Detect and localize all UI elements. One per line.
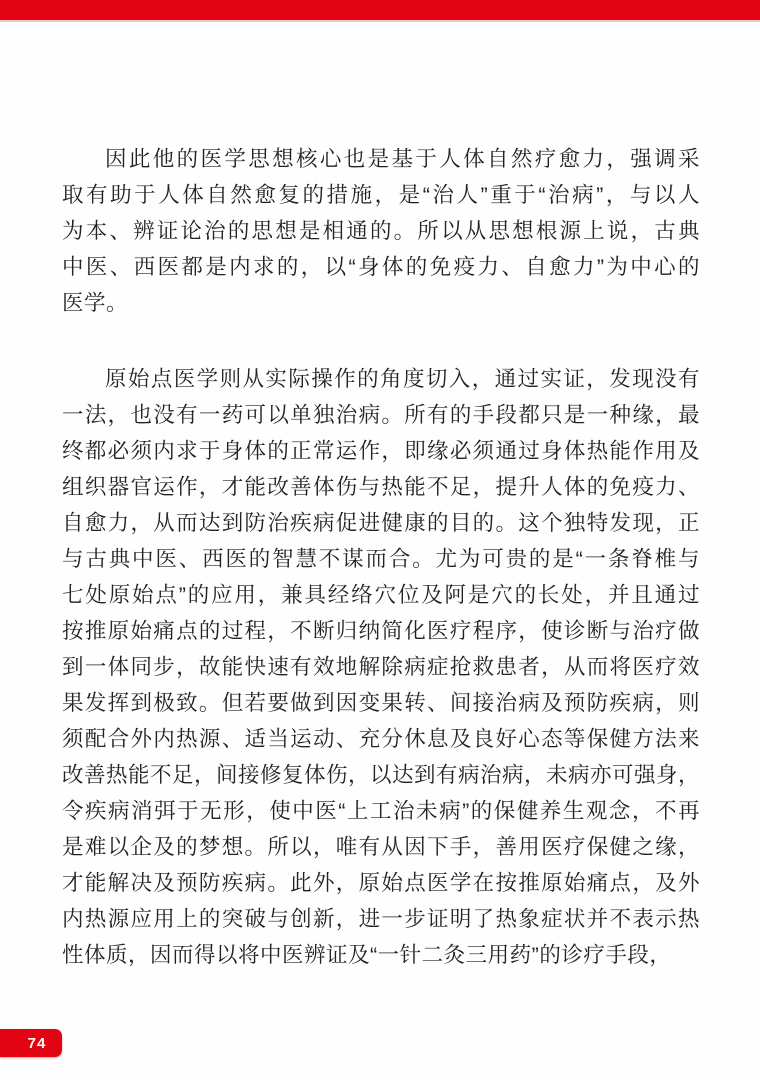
text-line: 终都必须内求于身体的正常运作，即缘必须通过身体热能作用及 [62, 433, 700, 469]
text-line: 医学。 [62, 285, 700, 321]
paragraph: 原始点医学则从实际操作的角度切入，通过实证，发现没有 一法，也没有一药可以单独治… [62, 361, 700, 973]
text-line: 中医、西医都是内求的，以“身体的免疫力、自愈力”为中心的 [62, 249, 700, 285]
page-body: 因此他的医学思想核心也是基于人体自然疗愈力，强调采 取有助于人体自然愈复的措施，… [62, 141, 700, 973]
text-line: 令疾病消弭于无形，使中医“上工治未病”的保健养生观念，不再 [62, 793, 700, 829]
text-line: 一法，也没有一药可以单独治病。所有的手段都只是一种缘，最 [62, 397, 700, 433]
text-line: 与古典中医、西医的智慧不谋而合。尤为可贵的是“一条脊椎与 [62, 541, 700, 577]
text-line: 才能解决及预防疾病。此外，原始点医学在按推原始痛点，及外 [62, 865, 700, 901]
text-line: 性体质，因而得以将中医辨证及“一针二灸三用药”的诊疗手段， [62, 937, 700, 973]
paragraph: 因此他的医学思想核心也是基于人体自然疗愈力，强调采 取有助于人体自然愈复的措施，… [62, 141, 700, 321]
text-line: 七处原始点”的应用，兼具经络穴位及阿是穴的长处，并且通过 [62, 577, 700, 613]
text-line: 到一体同步，故能快速有效地解除病症抢救患者，从而将医疗效 [62, 649, 700, 685]
text-line: 为本、辨证论治的思想是相通的。所以从思想根源上说，古典 [62, 213, 700, 249]
text-line: 取有助于人体自然愈复的措施，是“治人”重于“治病”，与以人 [62, 177, 700, 213]
text-line: 按推原始痛点的过程，不断归纳简化医疗程序，使诊断与治疗做 [62, 613, 700, 649]
text-line: 内热源应用上的突破与创新，进一步证明了热象症状并不表示热 [62, 901, 700, 937]
text-line: 是难以企及的梦想。所以，唯有从因下手，善用医疗保健之缘， [62, 829, 700, 865]
document-page: { "theme": { "accent_color": "#e30413", … [0, 0, 760, 1080]
page-number-badge: 74 [0, 1029, 62, 1057]
header-red-bar [0, 0, 760, 20]
text-line: 原始点医学则从实际操作的角度切入，通过实证，发现没有 [62, 361, 700, 397]
text-line: 果发挥到极致。但若要做到因变果转、间接治病及预防疾病，则 [62, 685, 700, 721]
text-line: 改善热能不足，间接修复体伤，以达到有病治病，未病亦可强身， [62, 757, 700, 793]
text-line: 须配合外内热源、适当运动、充分休息及良好心态等保健方法来 [62, 721, 700, 757]
text-line: 组织器官运作，才能改善体伤与热能不足，提升人体的免疫力、 [62, 469, 700, 505]
text-line: 因此他的医学思想核心也是基于人体自然疗愈力，强调采 [62, 141, 700, 177]
text-line: 自愈力，从而达到防治疾病促进健康的目的。这个独特发现，正 [62, 505, 700, 541]
page-number: 74 [28, 1035, 47, 1052]
